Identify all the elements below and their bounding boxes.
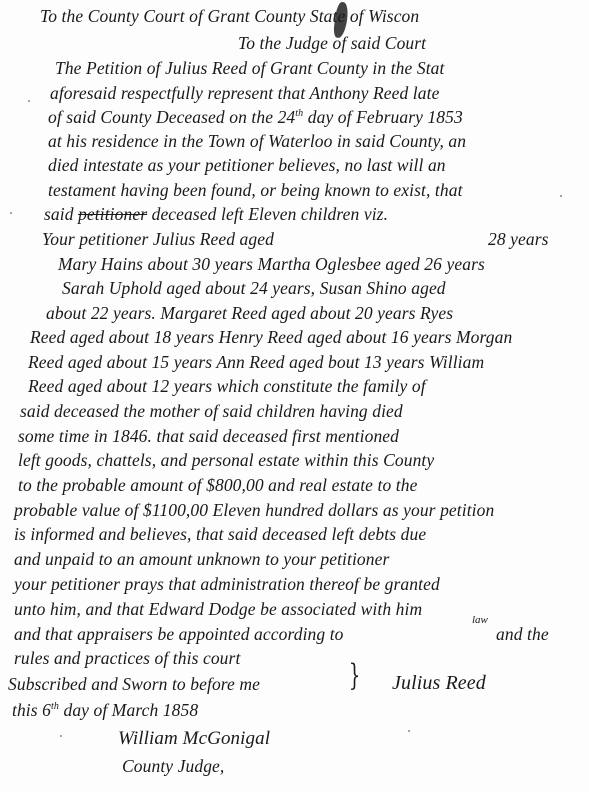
body-line: 28 years xyxy=(488,229,549,250)
body-line: Your petitioner Julius Reed aged xyxy=(42,229,274,250)
body-line: is informed and believes, that said dece… xyxy=(14,524,426,545)
speck xyxy=(10,212,12,214)
body-line: and the xyxy=(496,624,549,645)
insertion-law: law xyxy=(472,614,488,626)
body-line: about 22 years. Margaret Reed aged about… xyxy=(46,303,453,324)
speck xyxy=(408,730,410,732)
jurat-date: this 6th day of March 1858 xyxy=(12,700,198,721)
body-line: Reed aged about 15 years Ann Reed aged b… xyxy=(28,352,484,373)
brace: } xyxy=(349,658,360,693)
heading-county-court: To the County Court of Grant County Stat… xyxy=(40,6,419,27)
body-line: unto him, and that Edward Dodge be assoc… xyxy=(14,599,422,620)
body-line: Reed aged about 12 years which constitut… xyxy=(28,376,426,397)
body-line: left goods, chattels, and personal estat… xyxy=(18,450,434,471)
judge-title: County Judge, xyxy=(122,756,224,777)
body-line: probable value of $1100,00 Eleven hundre… xyxy=(14,500,494,521)
body-line: said petitioner deceased left Eleven chi… xyxy=(44,204,388,225)
body-line: aforesaid respectfully represent that An… xyxy=(50,83,439,104)
body-line: and that appraisers be appointed accordi… xyxy=(14,624,344,645)
body-line: said deceased the mother of said childre… xyxy=(20,401,403,422)
body-line: your petitioner prays that administratio… xyxy=(14,574,440,595)
body-line: testament having been found, or being kn… xyxy=(48,180,463,201)
body-line: The Petition of Julius Reed of Grant Cou… xyxy=(55,58,444,79)
body-line: some time in 1846. that said deceased fi… xyxy=(18,426,399,447)
body-line: Mary Hains about 30 years Martha Oglesbe… xyxy=(58,254,485,275)
speck xyxy=(28,100,30,102)
judge-signature: William McGonigal xyxy=(118,728,270,750)
body-line: at his residence in the Town of Waterloo… xyxy=(48,131,466,152)
body-line: and unpaid to an amount unknown to your … xyxy=(14,549,389,570)
struck-word: petitioner xyxy=(78,204,147,224)
heading-judge: To the Judge of said Court xyxy=(238,33,426,54)
body-line: of said County Deceased on the 24th day … xyxy=(48,107,463,128)
speck xyxy=(560,195,562,197)
body-line: Reed aged about 18 years Henry Reed aged… xyxy=(30,327,512,348)
jurat-line: Subscribed and Sworn to before me xyxy=(8,674,260,695)
petitioner-signature: Julius Reed xyxy=(392,672,486,695)
body-line: died intestate as your petitioner believ… xyxy=(48,155,446,176)
document-page: To the County Court of Grant County Stat… xyxy=(0,0,589,792)
speck xyxy=(60,735,62,737)
body-line: Sarah Uphold aged about 24 years, Susan … xyxy=(62,278,446,299)
body-line: rules and practices of this court xyxy=(14,648,240,669)
body-line: to the probable amount of $800,00 and re… xyxy=(18,475,417,496)
